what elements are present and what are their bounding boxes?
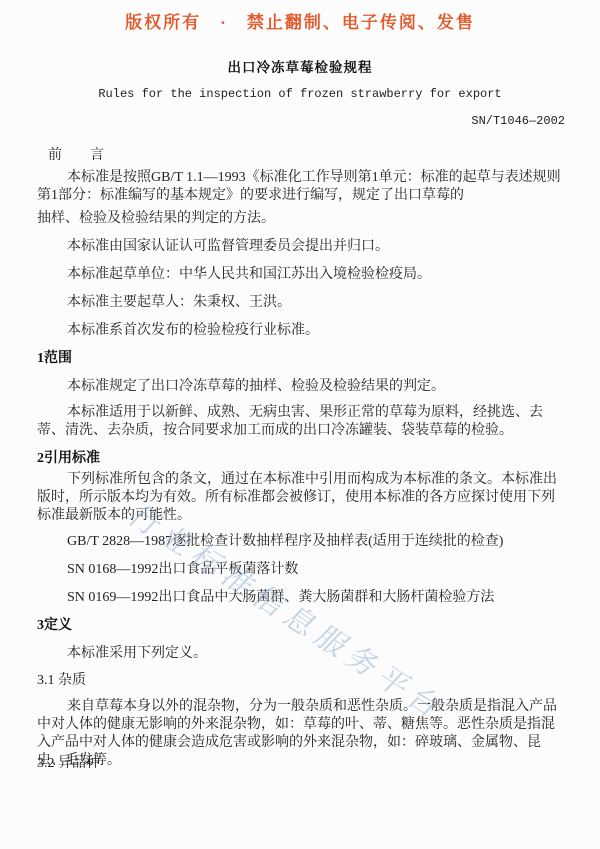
paragraph: 本标准起草单位：中华人民共和国江苏出入境检验检疫局。 [37, 266, 563, 284]
section-heading-definitions: 3定义 [37, 617, 563, 635]
section-heading-references: 2引用标准 [37, 450, 563, 468]
section-heading-scope: 1范围 [37, 350, 563, 368]
reference-item: SN 0169—1992出口食品中大肠菌群、粪大肠菌群和大肠杆菌检验方法 [37, 589, 563, 607]
document-page: 版权所有 · 禁止翻制、电子传阅、发售 出口冷冻草莓检验规程 Rules for… [0, 0, 600, 849]
paragraph: 本标准系首次发布的检验检疫行业标准。 [37, 322, 563, 340]
foreword-heading: 前 言 [48, 144, 104, 164]
paragraph: 本标准是按照GB/T 1.1—1993《标准化工作导则第1单元：标准的起草与表述… [37, 169, 563, 205]
paragraph: 本标准适用于以新鲜、成熟、无病虫害、果形正常的草莓为原料，经挑选、去蒂、清洗、去… [37, 404, 563, 440]
diagonal-watermark: 行业标准信息服务平台 [120, 494, 461, 728]
document-title-zh: 出口冷冻草莓检验规程 [0, 56, 600, 76]
paragraph: 本标准由国家认证认可监督管理委员会提出并归口。 [37, 238, 563, 256]
standard-number: SN/T1046—2002 [471, 114, 565, 128]
copyright-notice: 版权所有 · 禁止翻制、电子传阅、发售 [0, 8, 600, 33]
subsection-heading-impurity: 3.1 杂质 [37, 672, 563, 690]
subsection-heading-offvariety: 3.2 异品种 [37, 755, 563, 773]
paragraph: 本标准主要起草人：朱秉权、王洪。 [37, 294, 563, 312]
reference-item: SN 0168—1992出口食品平板菌落计数 [37, 561, 563, 579]
paragraph: 本标准采用下列定义。 [37, 645, 563, 663]
reference-item: GB/T 2828—1987逐批检查计数抽样程序及抽样表(适用于连续批的检查) [37, 533, 563, 551]
paragraph: 抽样、检验及检验结果的判定的方法。 [37, 210, 563, 228]
document-title-en: Rules for the inspection of frozen straw… [0, 87, 600, 101]
paragraph: 本标准规定了出口冷冻草莓的抽样、检验及检验结果的判定。 [37, 378, 563, 396]
paragraph: 下列标准所包含的条文，通过在本标准中引用而构成为本标准的条文。本标准出版时，所示… [37, 471, 563, 525]
